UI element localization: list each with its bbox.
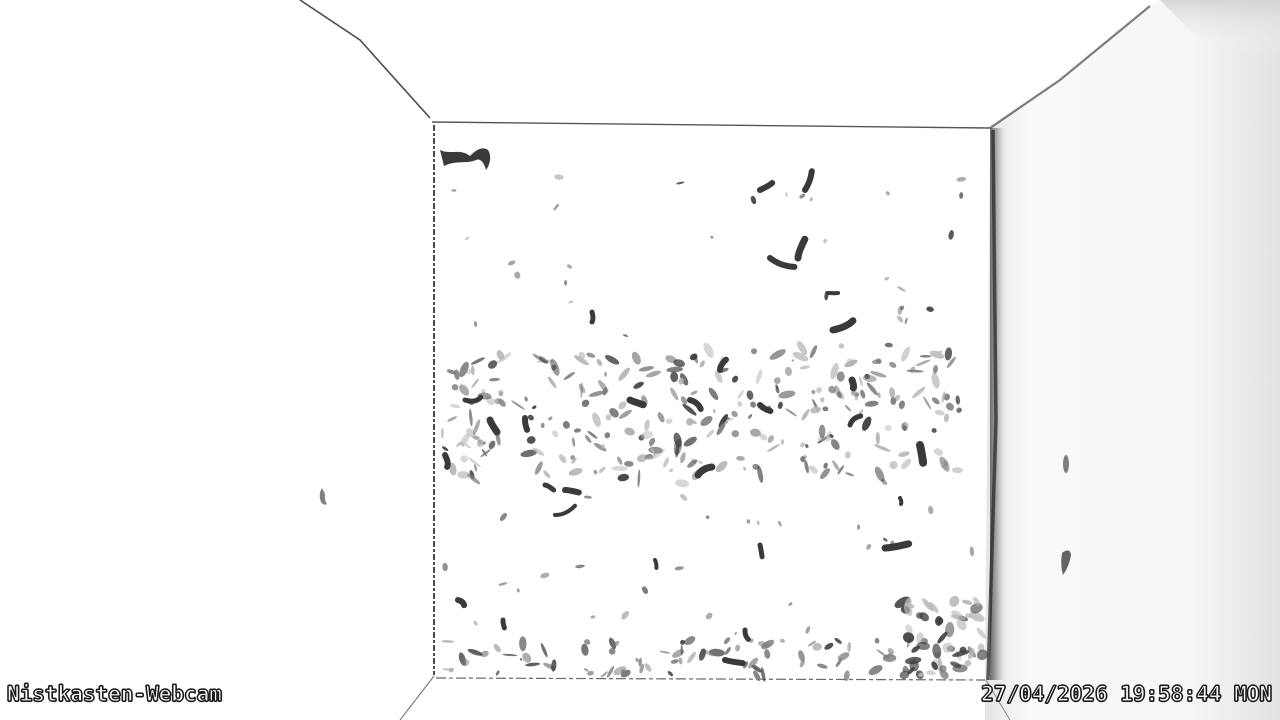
weekday-overlay: MON (1234, 682, 1272, 706)
nest-box-scene (0, 0, 1280, 720)
webcam-frame: Nistkasten-Webcam 27/04/2026 19:58:44 MO… (0, 0, 1280, 720)
camera-name-overlay: Nistkasten-Webcam (7, 684, 222, 705)
timestamp-overlay: 27/04/2026 19:58:44 MON (981, 684, 1272, 705)
corner-debris-top-left (440, 148, 490, 170)
right-wall (985, 0, 1280, 720)
date-overlay: 27/04/2026 (981, 682, 1107, 706)
nest-debris (441, 171, 989, 682)
time-overlay: 19:58:44 (1120, 682, 1221, 706)
